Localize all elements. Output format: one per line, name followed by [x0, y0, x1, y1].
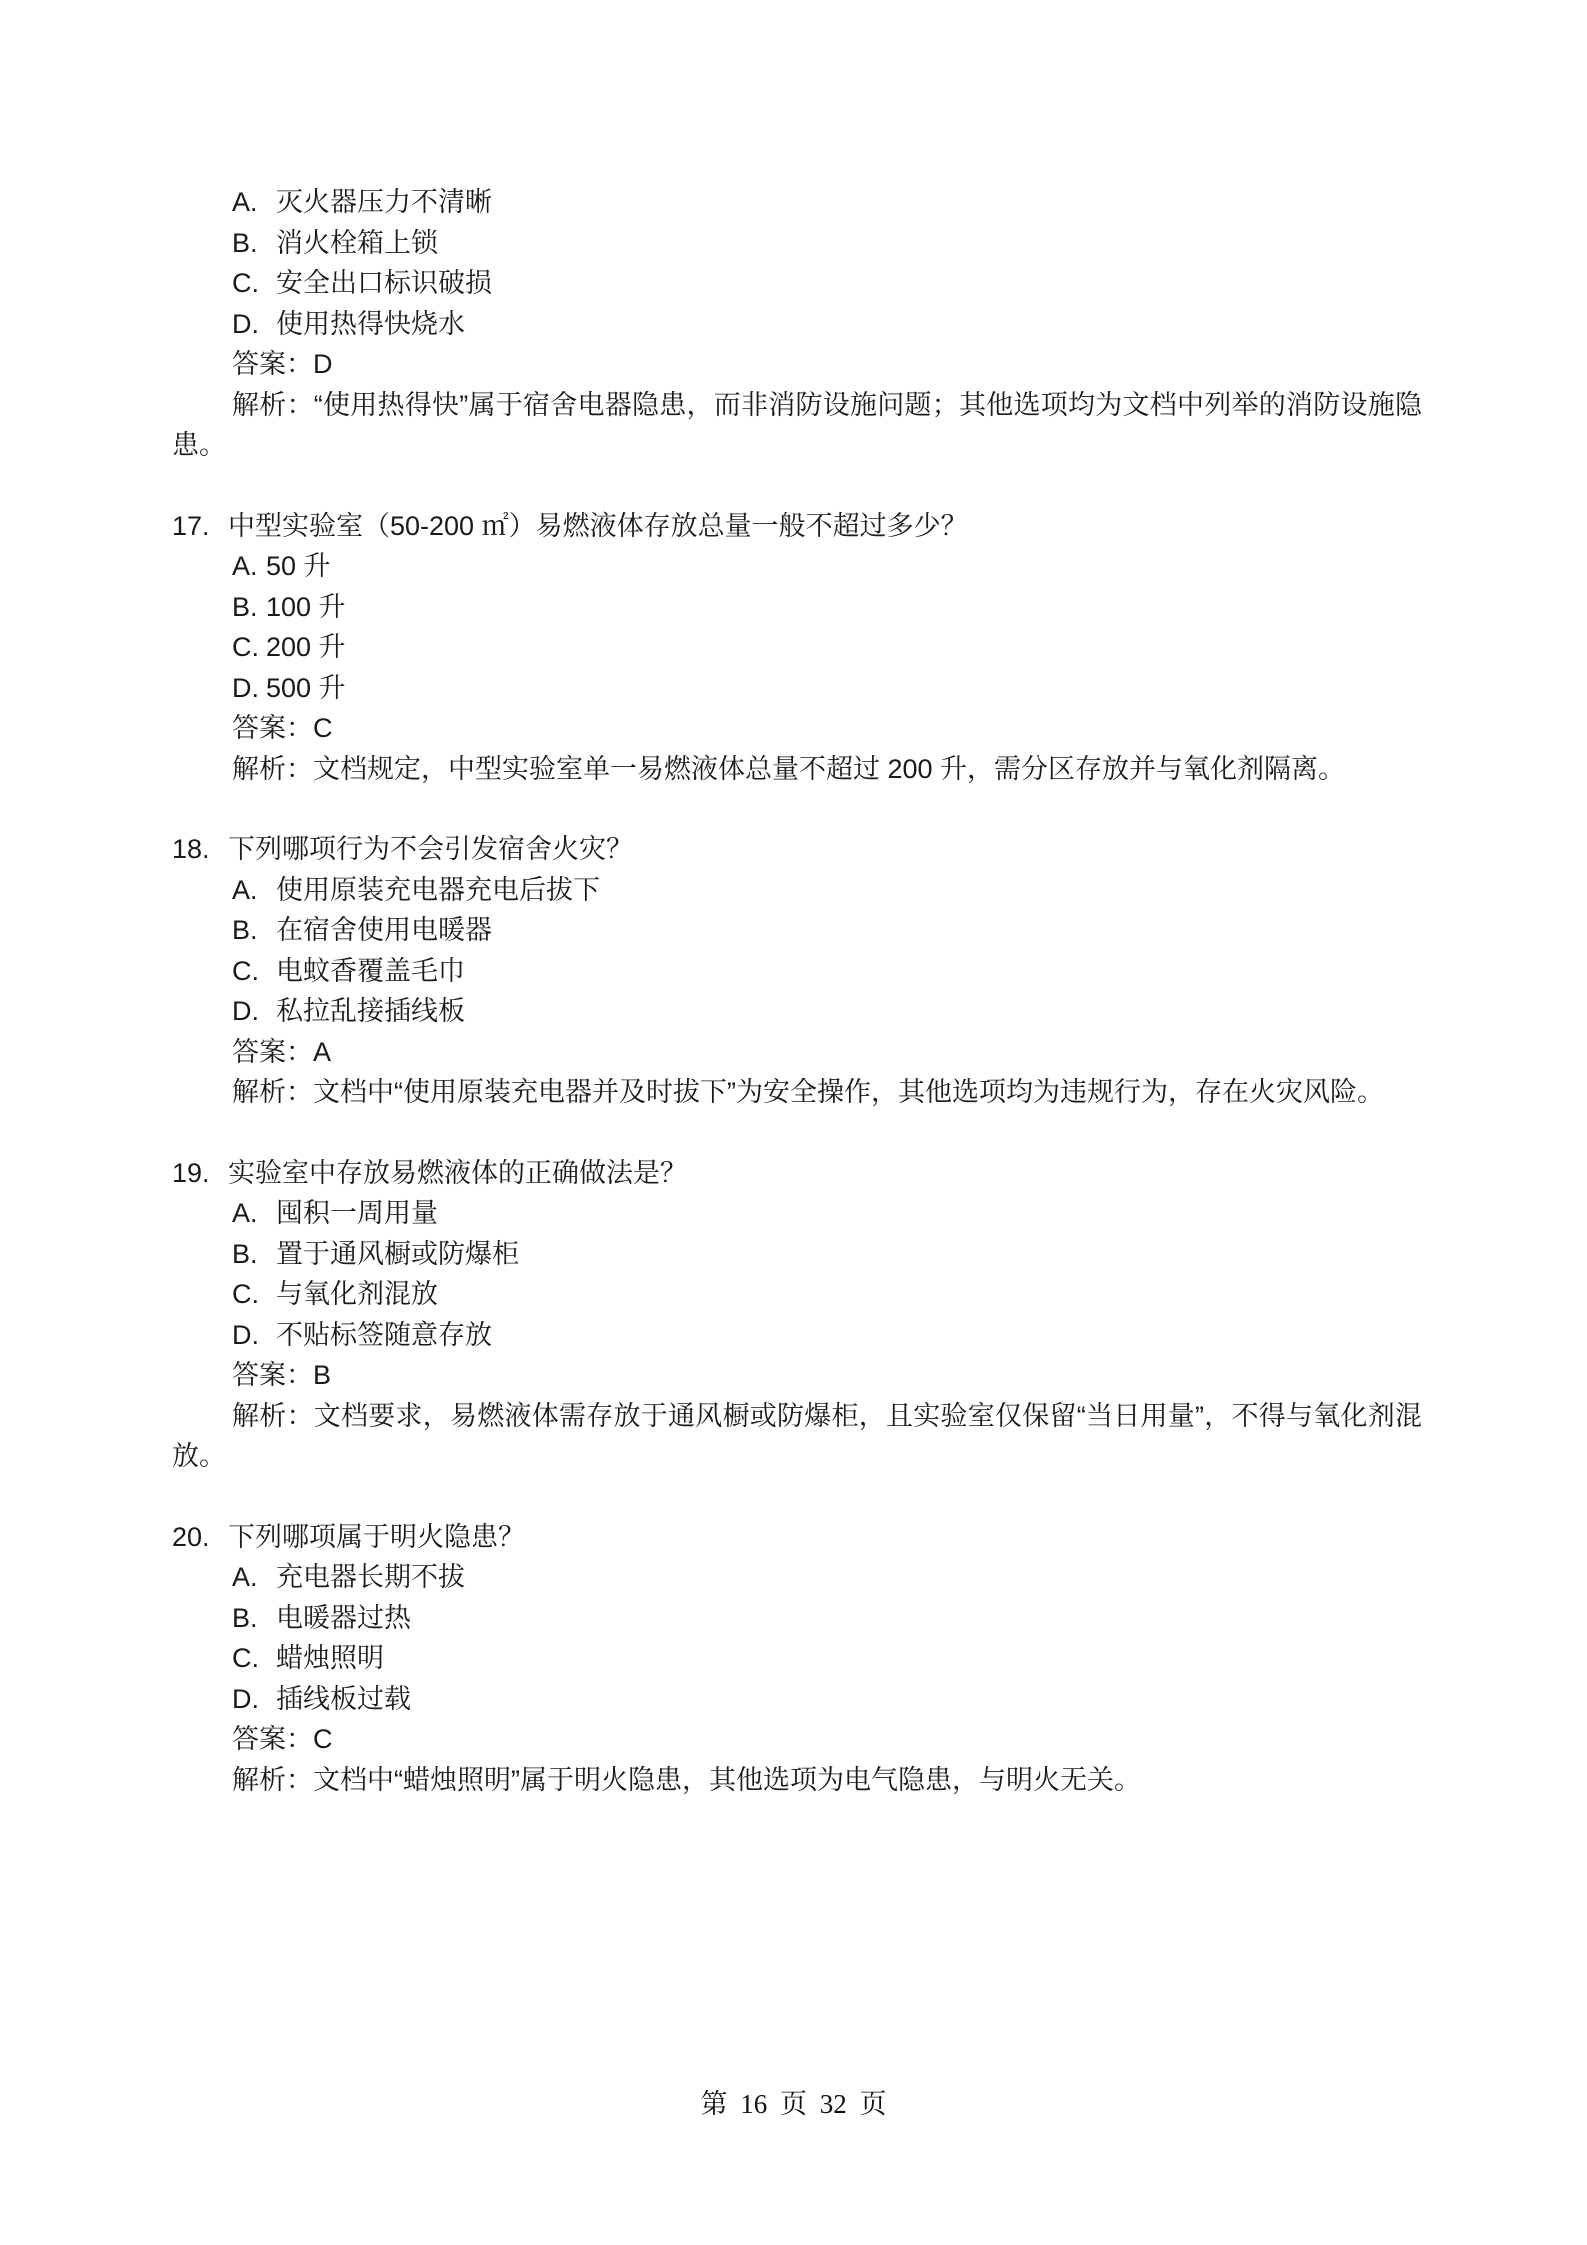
option-letter: A.: [232, 546, 266, 587]
option-text: 蜡烛照明: [276, 1643, 384, 1673]
explanation: 解析：文档中“使用原装充电器并及时拔下”为安全操作，其他选项均为违规行为，存在火…: [172, 1072, 1422, 1113]
option-a: A.使用原装充电器充电后拔下: [172, 870, 1422, 911]
option-letter: D.: [232, 991, 276, 1032]
option-text: 与氧化剂混放: [276, 1279, 438, 1309]
option-d: D.不贴标签随意存放: [172, 1315, 1422, 1356]
question-stem: 18. 下列哪项行为不会引发宿舍火灾？: [172, 829, 1422, 870]
question-17: 17. 中型实验室（50-200 ㎡）易燃液体存放总量一般不超过多少？ A.50…: [172, 506, 1422, 790]
option-letter: C.: [232, 263, 276, 304]
option-b: B.置于通风橱或防爆柜: [172, 1234, 1422, 1275]
option-b: B.在宿舍使用电暖器: [172, 910, 1422, 951]
option-c: C.200 升: [172, 627, 1422, 668]
option-b: B.消火栓箱上锁: [172, 223, 1422, 264]
option-text: 插线板过载: [276, 1684, 411, 1714]
answer: 答案：A: [172, 1032, 1422, 1073]
question-16-continued: A.灭火器压力不清晰 B.消火栓箱上锁 C.安全出口标识破损 D.使用热得快烧水…: [172, 182, 1422, 466]
option-text: 囤积一周用量: [276, 1198, 438, 1228]
option-d: D.使用热得快烧水: [172, 304, 1422, 345]
question-text: 中型实验室（50-200 ㎡）易燃液体存放总量一般不超过多少？: [228, 506, 968, 547]
option-text: 200 升: [266, 632, 346, 662]
option-letter: B.: [232, 1598, 276, 1639]
option-c: C.蜡烛照明: [172, 1638, 1422, 1679]
option-d: D.插线板过载: [172, 1679, 1422, 1720]
option-letter: B.: [232, 1234, 276, 1275]
option-c: C.电蚊香覆盖毛巾: [172, 951, 1422, 992]
question-stem: 20. 下列哪项属于明火隐患？: [172, 1517, 1422, 1558]
option-text: 50 升: [266, 551, 331, 581]
option-text: 电暖器过热: [276, 1603, 411, 1633]
document-page: A.灭火器压力不清晰 B.消火栓箱上锁 C.安全出口标识破损 D.使用热得快烧水…: [0, 0, 1587, 2245]
option-text: 使用热得快烧水: [276, 309, 465, 339]
question-number: 17.: [172, 506, 228, 547]
question-number: 18.: [172, 829, 228, 870]
option-letter: C.: [232, 627, 266, 668]
question-stem: 19. 实验室中存放易燃液体的正确做法是？: [172, 1153, 1422, 1194]
question-19: 19. 实验室中存放易燃液体的正确做法是？ A.囤积一周用量 B.置于通风橱或防…: [172, 1153, 1422, 1477]
explanation: 解析：“使用热得快”属于宿舍电器隐患，而非消防设施问题；其他选项均为文档中列举的…: [172, 385, 1422, 466]
option-text: 置于通风橱或防爆柜: [276, 1239, 519, 1269]
question-18: 18. 下列哪项行为不会引发宿舍火灾？ A.使用原装充电器充电后拔下 B.在宿舍…: [172, 829, 1422, 1113]
option-letter: A.: [232, 182, 276, 223]
answer: 答案：C: [172, 1719, 1422, 1760]
option-letter: C.: [232, 1638, 276, 1679]
question-text: 实验室中存放易燃液体的正确做法是？: [228, 1153, 687, 1194]
option-text: 500 升: [266, 673, 346, 703]
option-letter: C.: [232, 951, 276, 992]
option-text: 充电器长期不拔: [276, 1562, 465, 1592]
answer: 答案：B: [172, 1355, 1422, 1396]
question-number: 20.: [172, 1517, 228, 1558]
option-text: 私拉乱接插线板: [276, 996, 465, 1026]
option-letter: D.: [232, 304, 276, 345]
option-letter: D.: [232, 1679, 276, 1720]
answer: 答案：D: [172, 344, 1422, 385]
question-text: 下列哪项行为不会引发宿舍火灾？: [228, 829, 633, 870]
option-text: 安全出口标识破损: [276, 268, 492, 298]
page-content: A.灭火器压力不清晰 B.消火栓箱上锁 C.安全出口标识破损 D.使用热得快烧水…: [172, 182, 1422, 1800]
option-text: 电蚊香覆盖毛巾: [276, 956, 465, 986]
option-a: A.囤积一周用量: [172, 1193, 1422, 1234]
option-text: 在宿舍使用电暖器: [276, 915, 492, 945]
option-letter: D.: [232, 668, 266, 709]
answer: 答案：C: [172, 708, 1422, 749]
option-letter: C.: [232, 1274, 276, 1315]
explanation: 解析：文档中“蜡烛照明”属于明火隐患，其他选项为电气隐患，与明火无关。: [172, 1760, 1422, 1801]
option-b: B.电暖器过热: [172, 1598, 1422, 1639]
option-letter: B.: [232, 910, 276, 951]
explanation: 解析：文档规定，中型实验室单一易燃液体总量不超过 200 升，需分区存放并与氧化…: [172, 749, 1422, 790]
option-a: A.50 升: [172, 546, 1422, 587]
option-c: C.与氧化剂混放: [172, 1274, 1422, 1315]
question-stem: 17. 中型实验室（50-200 ㎡）易燃液体存放总量一般不超过多少？: [172, 506, 1422, 547]
option-text: 100 升: [266, 592, 346, 622]
option-d: D.500 升: [172, 668, 1422, 709]
option-text: 灭火器压力不清晰: [276, 187, 492, 217]
explanation: 解析：文档要求，易燃液体需存放于通风橱或防爆柜，且实验室仅保留“当日用量”，不得…: [172, 1396, 1422, 1477]
option-d: D.私拉乱接插线板: [172, 991, 1422, 1032]
option-letter: A.: [232, 870, 276, 911]
option-letter: A.: [232, 1557, 276, 1598]
option-c: C.安全出口标识破损: [172, 263, 1422, 304]
option-letter: D.: [232, 1315, 276, 1356]
option-letter: B.: [232, 587, 266, 628]
option-text: 使用原装充电器充电后拔下: [276, 875, 600, 905]
question-text: 下列哪项属于明火隐患？: [228, 1517, 525, 1558]
option-a: A.灭火器压力不清晰: [172, 182, 1422, 223]
option-b: B.100 升: [172, 587, 1422, 628]
question-20: 20. 下列哪项属于明火隐患？ A.充电器长期不拔 B.电暖器过热 C.蜡烛照明…: [172, 1517, 1422, 1801]
option-a: A.充电器长期不拔: [172, 1557, 1422, 1598]
question-number: 19.: [172, 1153, 228, 1194]
page-number-footer: 第 16 页 32 页: [0, 2082, 1587, 2121]
option-text: 不贴标签随意存放: [276, 1320, 492, 1350]
option-letter: B.: [232, 223, 276, 264]
option-text: 消火栓箱上锁: [276, 228, 438, 258]
option-letter: A.: [232, 1193, 276, 1234]
